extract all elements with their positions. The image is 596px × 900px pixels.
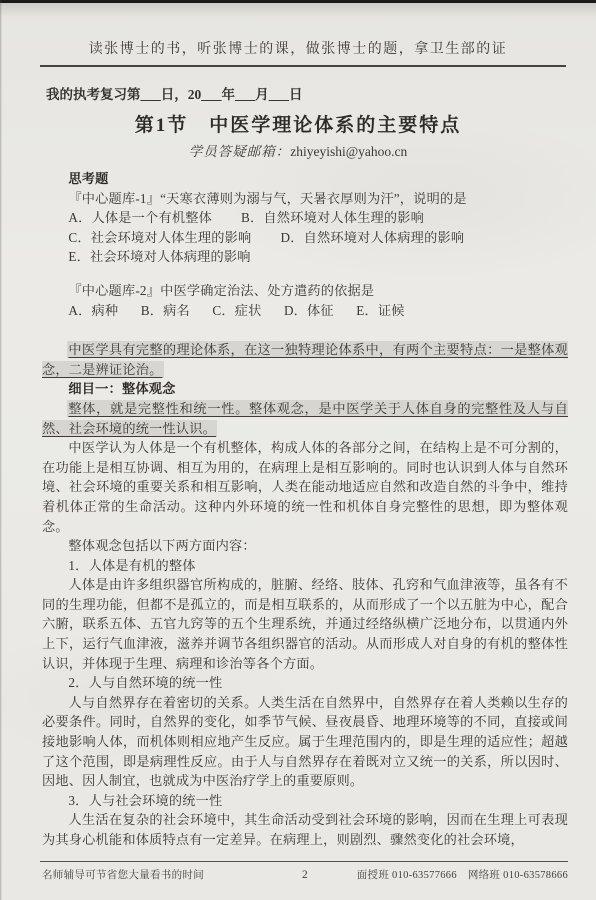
question-1-options-row-3: E．社会环境对人体病理的影响	[42, 247, 568, 267]
question-1-stem: 『中心题库-1』“天寒衣薄则为溺与气，天暑衣厚则为汗”，说明的是	[42, 189, 568, 209]
q2-option-c: C．症状	[212, 301, 261, 321]
q1-option-a: A．人体是一个有机整体	[68, 208, 212, 228]
question-2-stem: 『中心题库-2』中医学确定治法、处方遣药的依据是	[42, 281, 568, 301]
email-label: 学员答疑邮箱：	[189, 144, 291, 159]
review-progress-line: 我的执考复习第___日，20___年___月___日	[46, 83, 596, 103]
q2-option-d: D．体征	[284, 301, 334, 321]
paragraph-society-unity: 人生活在复杂的社会环境中，其生命活动受到社会环境的影响，因而在生理上可表现为其身…	[42, 810, 568, 849]
key-point-1-paragraph: 中医学具有完整的理论体系，在这一独特理论体系中，有两个主要特点：一是整体观念，二…	[42, 340, 568, 379]
document-body: 思考题 『中心题库-1』“天寒衣薄则为溺与气，天暑衣厚则为汗”，说明的是 A．人…	[42, 169, 568, 850]
scanned-document-page: 读张博士的书，听张博士的课，做张博士的题，拿卫生部的证 我的执考复习第___日，…	[0, 0, 596, 900]
item-2-heading: 2．人与自然环境的统一性	[42, 673, 568, 693]
question-1-options-row-1: A．人体是一个有机整体 B．自然环境对人体生理的影响	[42, 208, 568, 228]
key-point-2-paragraph: 整体，就是完整性和统一性。整体观念，是中医学关于人体自身的完整性及人与自然、社会…	[42, 399, 568, 438]
header-divider	[40, 65, 566, 67]
page-footer: 名师辅导可节省您大量看书的时间 2 面授班 010-63577666 网络班 0…	[42, 867, 568, 882]
q1-option-c: C．社会环境对人体生理的影响	[68, 228, 251, 248]
thinking-questions-heading: 思考题	[42, 169, 568, 189]
highlighted-key-point-1: 中医学具有完整的理论体系，在这一独特理论体系中，有两个主要特点：一是整体观念，二…	[42, 342, 568, 377]
contact-email-line: 学员答疑邮箱：zhiyeyishi@yahoo.cn	[0, 140, 596, 160]
subsection-heading: 细目一：整体观念	[42, 379, 568, 399]
item-1-heading: 1．人体是有机的整体	[42, 556, 568, 576]
q1-option-e: E．社会环境对人体病理的影响	[68, 247, 250, 267]
question-1-options-row-2: C．社会环境对人体生理的影响 D．自然环境对人体病理的影响	[42, 228, 568, 248]
q1-option-d: D．自然环境对人体病理的影响	[280, 228, 464, 248]
page-number: 2	[285, 869, 325, 881]
item-3-heading: 3．人与社会环境的统一性	[42, 791, 568, 811]
q2-option-a: A．病种	[68, 301, 118, 321]
question-2-options-row: A．病种 B．病名 C．症状 D．体征 E．证候	[42, 301, 568, 321]
footer-contacts: 面授班 010-63577666 网络班 010-63578666	[325, 867, 568, 882]
paragraph-nature-unity: 人与自然界存在着密切的关系。人类生活在自然界中，自然界存在着人类赖以生存的必要条…	[42, 693, 568, 791]
paragraph-organic-whole: 人体是由许多组织器官所构成的，脏腑、经络、肢体、孔窍和气血津液等，虽各有不同的生…	[42, 575, 568, 673]
email-address: zhiyeyishi@yahoo.cn	[290, 144, 407, 159]
scan-edge-left	[0, 0, 2, 900]
footer-slogan: 名师辅导可节省您大量看书的时间	[42, 867, 285, 882]
scan-shadow-top	[0, 3, 596, 17]
paragraph-two-aspects-intro: 整体观念包括以下两方面内容：	[42, 536, 568, 556]
paragraph-holistic-concept: 中医学认为人体是一个有机整体，构成人体的各部分之间，在结构上是不可分割的，在功能…	[42, 438, 568, 536]
q2-option-b: B．病名	[141, 301, 190, 321]
footer-face-class-phone: 面授班 010-63577666	[357, 870, 457, 881]
q2-option-e: E．证候	[356, 301, 404, 321]
highlighted-key-point-2: 整体，就是完整性和统一性。整体观念，是中医学关于人体自身的完整性及人与自然、社会…	[42, 401, 568, 436]
spacer	[42, 320, 568, 340]
page-title: 第1节 中医学理论体系的主要特点	[0, 110, 596, 137]
q1-option-b: B．自然环境对人体生理的影响	[241, 208, 424, 228]
footer-divider	[40, 861, 568, 862]
footer-online-class-phone: 网络班 010-63578666	[468, 870, 568, 881]
spacer	[42, 267, 568, 281]
